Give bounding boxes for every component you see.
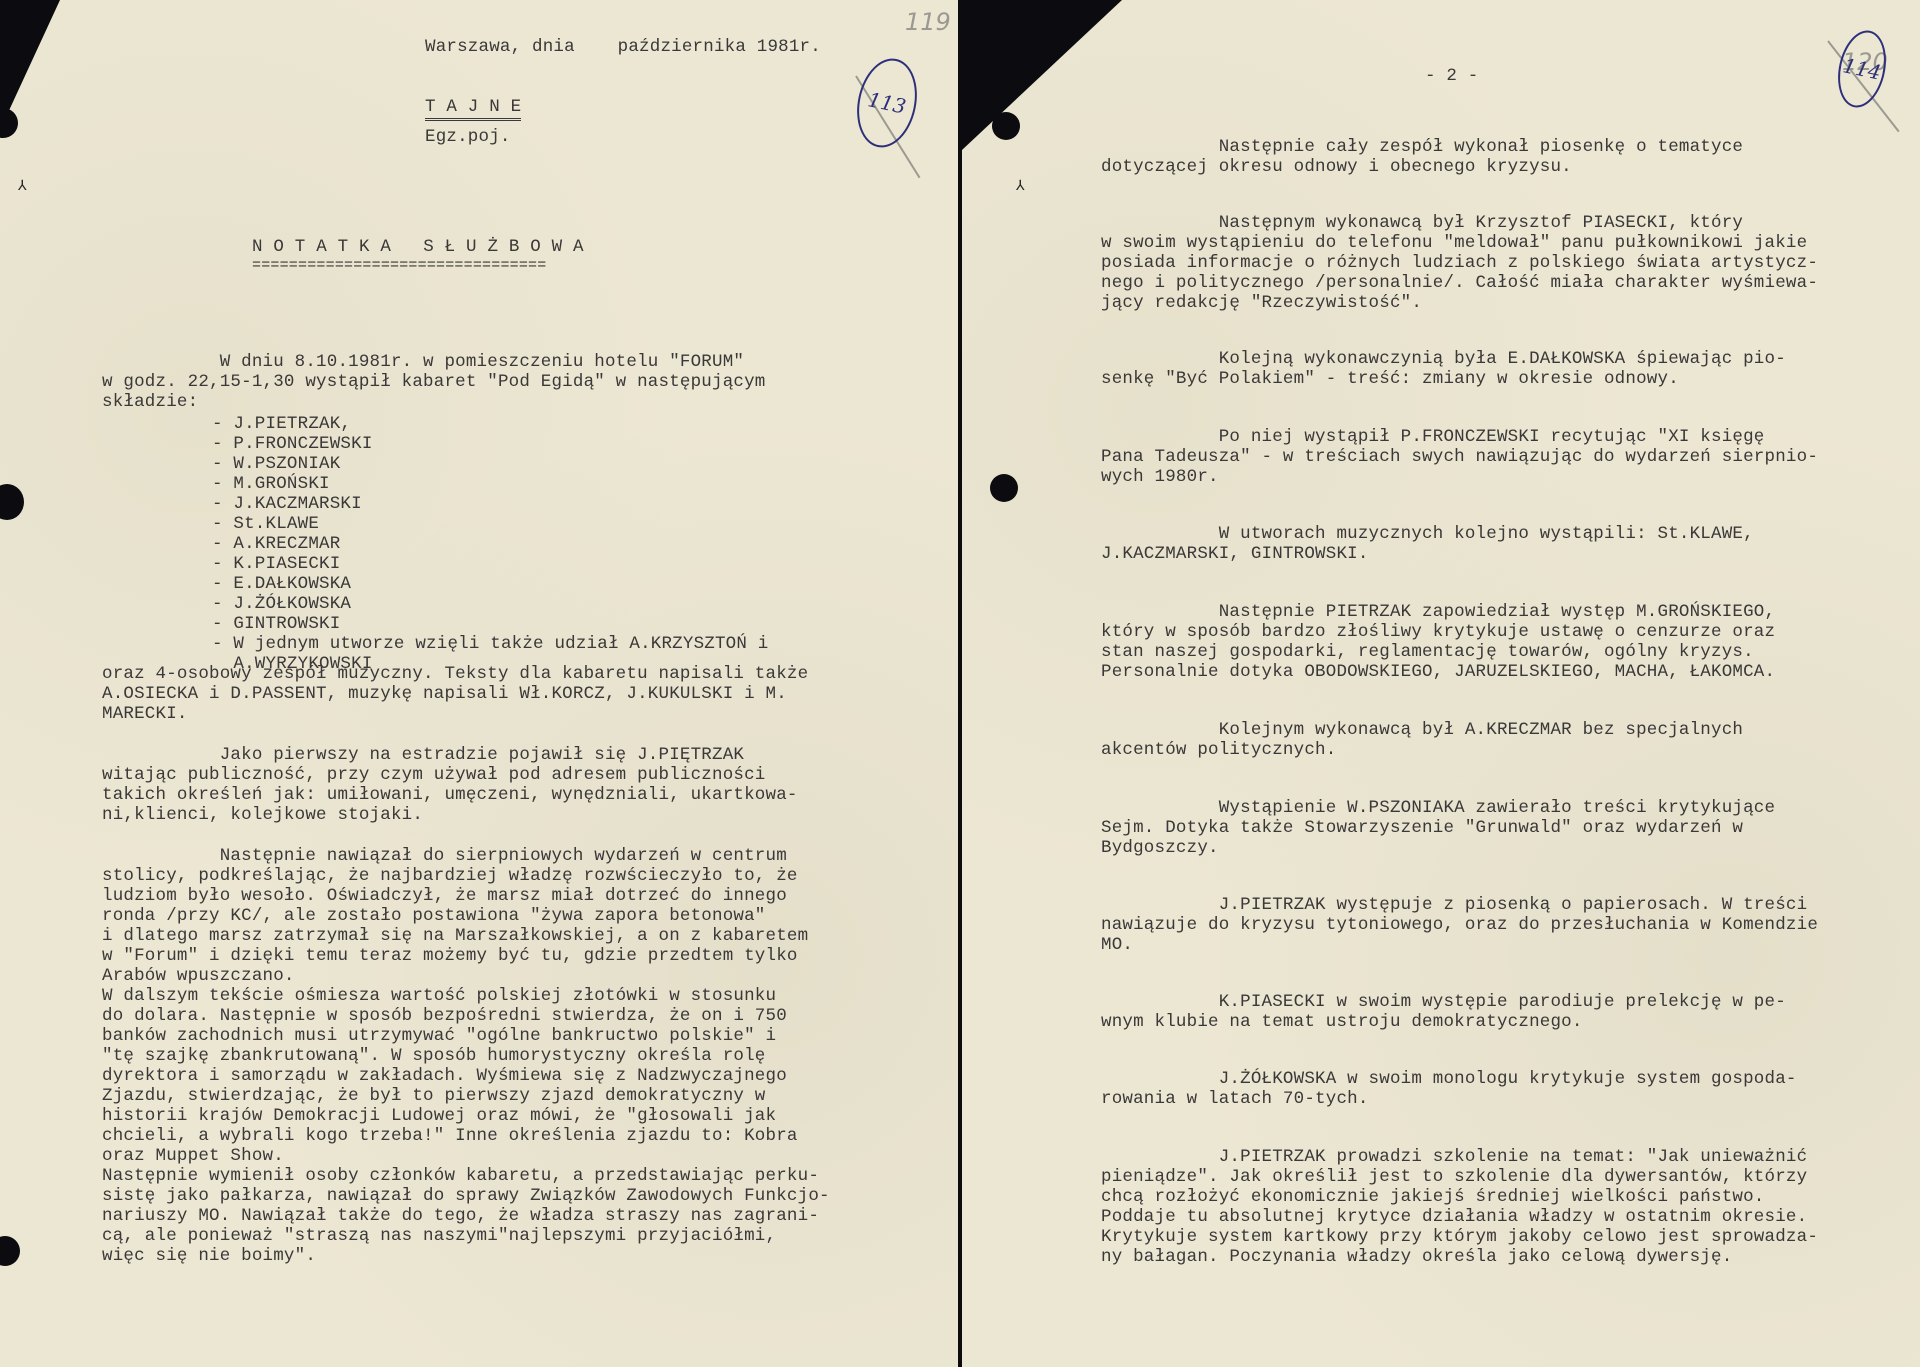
document-page-1: ⅄ 119 113 Warszawa, dnia października 19… bbox=[0, 0, 958, 1367]
list-item: - P.FRONCZEWSKI bbox=[212, 434, 769, 454]
paragraph: K.PIASECKI w swoim występie parodiuje pr… bbox=[1101, 992, 1786, 1032]
paragraph: Po niej wystąpił P.FRONCZEWSKI recytując… bbox=[1101, 427, 1818, 487]
scan-mark: ⅄ bbox=[1016, 178, 1025, 195]
page-stamp: 114 bbox=[1831, 26, 1892, 112]
list-item: - J.KACZMARSKI bbox=[212, 494, 769, 514]
list-item: - GINTROWSKI bbox=[212, 614, 769, 634]
document-page-2: ⅄ 120 114 - 2 - Następnie cały zespół wy… bbox=[962, 0, 1920, 1367]
title-underline: ================================ bbox=[252, 256, 546, 276]
paragraph: Jako pierwszy na estradzie pojawił się J… bbox=[102, 745, 798, 825]
paragraph: Kolejnym wykonawcą był A.KRECZMAR bez sp… bbox=[1101, 720, 1743, 760]
archive-page-number: 119 bbox=[905, 8, 951, 36]
copy-note: Egz.poj. bbox=[425, 127, 511, 147]
document-title: N O T A T K A S Ł U Ż B O W A bbox=[252, 237, 584, 257]
intro-paragraph: W dniu 8.10.1981r. w pomieszczeniu hotel… bbox=[102, 352, 766, 412]
paragraph: Następnie PIETRZAK zapowiedział występ M… bbox=[1101, 602, 1775, 682]
list-item: - M.GROŃSKI bbox=[212, 474, 769, 494]
paragraph: Następnie nawiązał do sierpniowych wydar… bbox=[102, 846, 830, 1266]
punch-hole bbox=[990, 474, 1018, 502]
paragraph: Wystąpienie W.PSZONIAKA zawierało treści… bbox=[1101, 798, 1775, 858]
list-item: - A.KRECZMAR bbox=[212, 534, 769, 554]
document-date: Warszawa, dnia października 1981r. bbox=[425, 37, 821, 57]
paragraph: J.PIETRZAK występuje z piosenką o papier… bbox=[1101, 895, 1818, 955]
list-item: - E.DAŁKOWSKA bbox=[212, 574, 769, 594]
list-item: - W.PSZONIAK bbox=[212, 454, 769, 474]
punch-hole bbox=[0, 1236, 20, 1266]
list-item: - St.KLAWE bbox=[212, 514, 769, 534]
paragraph: Następnie cały zespół wykonał piosenkę o… bbox=[1101, 137, 1743, 177]
paragraph: Kolejną wykonawczynią była E.DAŁKOWSKA ś… bbox=[1101, 349, 1786, 389]
page-number: - 2 - bbox=[1425, 66, 1479, 86]
paragraph: Następnym wykonawcą był Krzysztof PIASEC… bbox=[1101, 213, 1818, 313]
list-item: - W jednym utworze wzięli także udział A… bbox=[212, 634, 769, 654]
paragraph: J.PIETRZAK prowadzi szkolenie na temat: … bbox=[1101, 1147, 1818, 1267]
paragraph: J.ŻÓŁKOWSKA w swoim monologu krytykuje s… bbox=[1101, 1069, 1797, 1109]
members-list: - J.PIETRZAK, - P.FRONCZEWSKI - W.PSZONI… bbox=[212, 414, 769, 674]
paragraph: oraz 4-osobowy zespół muzyczny. Teksty d… bbox=[102, 664, 808, 724]
list-item: - K.PIASECKI bbox=[212, 554, 769, 574]
paragraph: W utworach muzycznych kolejno wystąpili:… bbox=[1101, 524, 1754, 564]
punch-hole bbox=[992, 112, 1020, 140]
list-item: - J.ŻÓŁKOWSKA bbox=[212, 594, 769, 614]
scan-corner bbox=[962, 0, 1122, 150]
scan-mark: ⅄ bbox=[18, 178, 27, 195]
page-stamp: 113 bbox=[849, 53, 924, 153]
classification-label: T A J N E bbox=[425, 97, 521, 121]
punch-hole bbox=[0, 484, 24, 520]
list-item: - J.PIETRZAK, bbox=[212, 414, 769, 434]
